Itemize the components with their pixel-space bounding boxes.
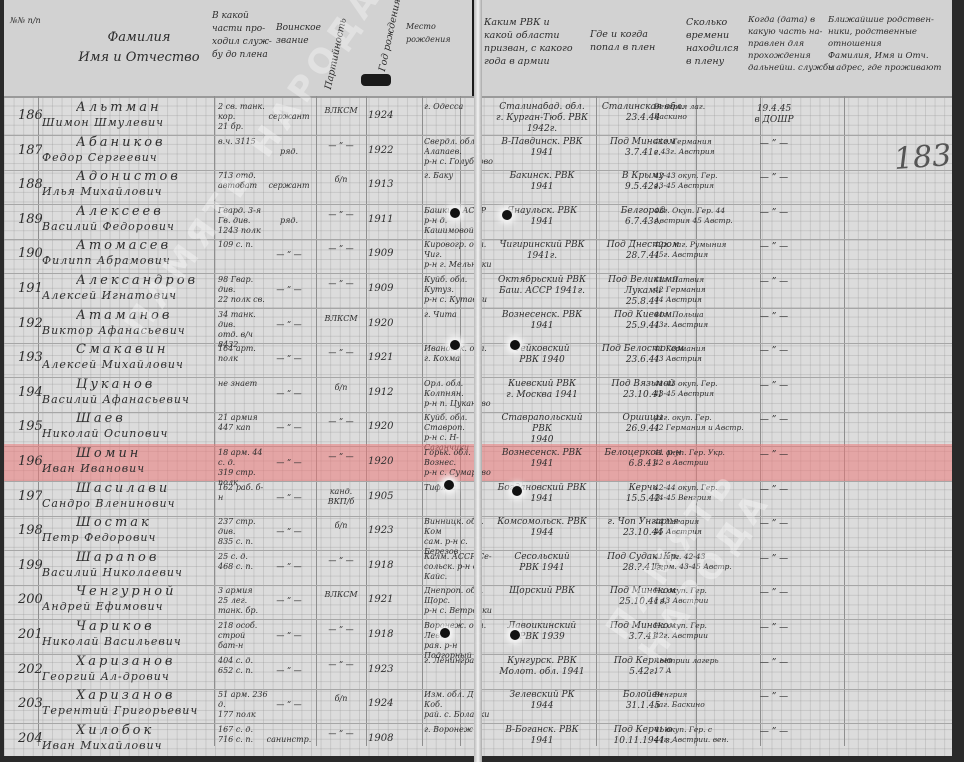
military-unit: 98 Гвар. див. 22 полк св. xyxy=(218,275,268,305)
military-unit: 164 арт. полк xyxy=(218,344,268,364)
row-number: 201 xyxy=(18,627,42,642)
rank: — ” — xyxy=(266,458,312,467)
row-number: 199 xyxy=(18,558,42,573)
captivity: Венгрия лаг. Васкино xyxy=(654,102,754,122)
header-captured: Где и когда попал в плен xyxy=(590,28,655,54)
military-unit: 3 армия 25 лег. танк. бр. xyxy=(218,586,268,616)
return-status: 19.4.45 в ДОШР xyxy=(744,104,804,126)
party: ВЛКСМ xyxy=(316,314,366,324)
return-status: — ” — xyxy=(744,208,804,219)
draft-office: Зелевский РК 1944 xyxy=(492,690,592,712)
surname: Харизанов xyxy=(76,688,226,703)
party: б/п xyxy=(316,175,366,185)
row-number: 198 xyxy=(18,523,42,538)
rank: — ” — xyxy=(266,631,312,640)
party: ВЛКСМ xyxy=(316,590,366,600)
birthplace: г. Чита xyxy=(424,310,494,320)
row-number: 190 xyxy=(18,246,42,261)
party: — ” — xyxy=(316,210,366,220)
military-unit: 51 арм. 236 д. 177 полк xyxy=(218,690,268,720)
party: — ” — xyxy=(316,279,366,289)
book-spine xyxy=(474,0,482,762)
rank: ряд. xyxy=(266,216,312,225)
military-unit: 404 с. д. 652 с. п. xyxy=(218,656,268,676)
birth-year: 1909 xyxy=(368,248,398,259)
party: ВЛКСМ xyxy=(316,106,366,116)
return-status: — ” — xyxy=(744,242,804,253)
rank: — ” — xyxy=(266,423,312,432)
captivity: 41-43 окуп. Гер. 43-45 Австрия xyxy=(654,379,754,399)
surname: Адонистов xyxy=(76,169,226,184)
military-unit: 21 армия 447 кап xyxy=(218,413,268,433)
punch-hole xyxy=(502,210,512,220)
draft-office: Ставрапольский РВК 1940 xyxy=(492,413,592,446)
birthplace: Днепроп. обл. Щорс. р-н с. Ветровки xyxy=(424,586,494,616)
rank: сержант xyxy=(266,181,312,190)
given-name: Алексей Игнатович xyxy=(42,289,212,302)
rank: — ” — xyxy=(266,285,312,294)
birth-year: 1921 xyxy=(368,594,398,605)
rank: санинстр. xyxy=(266,735,312,744)
surname: Шомин xyxy=(76,446,226,461)
row-number: 187 xyxy=(18,143,42,158)
birth-year: 1912 xyxy=(368,387,398,398)
birth-year: 1909 xyxy=(368,283,398,294)
party: — ” — xyxy=(316,244,366,254)
birthplace: Изм. обл. Д-Коб. рай. с. Боланки xyxy=(424,690,494,720)
header-returned: Когда (дата) в какую часть на- правлен д… xyxy=(748,14,835,74)
punch-hole xyxy=(450,340,460,350)
party: — ” — xyxy=(316,417,366,427)
return-status: — ” — xyxy=(744,727,804,738)
header-num: №№ п/п xyxy=(10,14,41,27)
birthplace: г. Баку xyxy=(424,171,494,181)
party: б/п xyxy=(316,383,366,393)
return-status: — ” — xyxy=(744,277,804,288)
row-number: 203 xyxy=(18,696,42,711)
birth-year: 1921 xyxy=(368,352,398,363)
punch-hole xyxy=(440,628,450,638)
birth-year: 1924 xyxy=(368,110,398,121)
punch-hole xyxy=(444,480,454,490)
birth-year: 1923 xyxy=(368,664,398,675)
draft-office: Богдановский РВК 1941 xyxy=(492,483,592,505)
military-unit: 109 с. п. xyxy=(218,240,268,250)
given-name: Георгий Ал-дрович xyxy=(42,670,212,683)
birth-year: 1913 xyxy=(368,179,398,190)
surname: Смакавин xyxy=(76,342,226,357)
punch-hole xyxy=(512,486,522,496)
party: — ” — xyxy=(316,141,366,151)
draft-office: Вознесенск. РВК 1941 xyxy=(492,310,592,332)
row-number: 189 xyxy=(18,212,42,227)
return-status: — ” — xyxy=(744,692,804,703)
draft-office: Тейковский РВК 1940 xyxy=(492,344,592,366)
surname: Харизанов xyxy=(76,654,226,669)
row-number: 204 xyxy=(18,731,42,746)
row-number: 197 xyxy=(18,489,42,504)
party: — ” — xyxy=(316,625,366,635)
birth-year: 1905 xyxy=(368,491,398,502)
birth-year: 1911 xyxy=(368,214,398,225)
rank: — ” — xyxy=(266,493,312,502)
punch-hole xyxy=(510,340,520,350)
birth-year: 1920 xyxy=(368,421,398,432)
party: — ” — xyxy=(316,348,366,358)
military-unit: не знает xyxy=(218,379,268,389)
given-name: Алексей Михайлович xyxy=(42,358,212,371)
return-status: — ” — xyxy=(744,658,804,669)
rank: — ” — xyxy=(266,320,312,329)
surname: Ченгурной xyxy=(76,584,226,599)
surname: Цуканов xyxy=(76,377,226,392)
captivity: Венгрия лаг. Баскино xyxy=(654,690,754,710)
draft-office: Сесольский РВК 1941 xyxy=(492,552,592,574)
military-unit: 25 с. д. 468 с. п. xyxy=(218,552,268,572)
captivity: 41 Германия 43 Австрия xyxy=(654,344,754,364)
surname: Чариков xyxy=(76,619,226,634)
given-name: Петр Федорович xyxy=(42,531,212,544)
header-birthplace: Место рождения xyxy=(406,20,451,46)
row-number: 200 xyxy=(18,592,42,607)
given-name: Андрей Ефимович xyxy=(42,600,212,613)
birth-year: 1920 xyxy=(368,456,398,467)
row-number: 194 xyxy=(18,385,42,400)
draft-office: Вознесенск. РВК 1941 xyxy=(492,448,592,470)
row-number: 202 xyxy=(18,662,42,677)
return-status: — ” — xyxy=(744,312,804,323)
draft-office: Октябрьский РВК Баш. АССР 1941г. xyxy=(492,275,592,297)
birth-year: 1920 xyxy=(368,318,398,329)
given-name: Николай Васильевич xyxy=(42,635,212,648)
military-unit: 162 раб. б-н xyxy=(218,483,268,503)
return-status: — ” — xyxy=(744,554,804,565)
birth-year: 1908 xyxy=(368,733,398,744)
draft-office: Чигиринский РВК 1941г. xyxy=(492,240,592,262)
captivity: 42-43 окуп. Гер. 43-45 Австрия xyxy=(654,171,754,191)
given-name: Василий Николаевич xyxy=(42,566,212,579)
given-name: Шимон Шмулевич xyxy=(42,116,212,129)
surname: Шасилави xyxy=(76,481,226,496)
draft-office: Бакинск. РВК 1941 xyxy=(492,171,592,193)
military-unit: 237 стр. див. 835 с. п. xyxy=(218,517,268,547)
captivity: 41г. Польша 43г. Австрия xyxy=(654,310,754,330)
rank: — ” — xyxy=(266,354,312,363)
surname: Хилобок xyxy=(76,723,226,738)
draft-office: Щорский РВК xyxy=(492,586,592,597)
given-name: Василий Афанасьевич xyxy=(42,393,212,406)
header-duration: Сколько времени находился в плену xyxy=(686,16,739,68)
return-status: — ” — xyxy=(744,588,804,599)
return-status: — ” — xyxy=(744,623,804,634)
birthplace: Орл. обл. Колпнян. р-н п. Цуканово xyxy=(424,379,494,409)
birthplace: Куйб. обл. Кутуз. р-н с. Кутавки xyxy=(424,275,494,305)
party: канд. ВКП/б xyxy=(316,487,366,507)
birth-year: 1918 xyxy=(368,629,398,640)
draft-office: Сталинабад. обл. г. Курган-Тюб. РВК 1942… xyxy=(492,102,592,135)
birthplace: Калм. АССР Се- сольск. р-н с. Кайс. xyxy=(424,552,494,582)
birthplace: Кировогр. обл. Чиг. р-н г. Мельники xyxy=(424,240,494,270)
birth-year: 1918 xyxy=(368,560,398,571)
row-number: 192 xyxy=(18,316,42,331)
row-number: 195 xyxy=(18,419,42,434)
rank: — ” — xyxy=(266,527,312,536)
birth-year: 1922 xyxy=(368,145,398,156)
header-name: Фамилия Имя и Отчество xyxy=(64,28,214,68)
surname: Шарапов xyxy=(76,550,226,565)
party: б/п xyxy=(316,694,366,704)
row-number: 188 xyxy=(18,177,42,192)
rank: — ” — xyxy=(266,700,312,709)
surname: Шостак xyxy=(76,515,226,530)
captivity: 41 окуп. Гер. с 44г. Австрии. вен. xyxy=(654,725,754,745)
header-draft: Каким РВК и какой области призван, с как… xyxy=(484,16,573,68)
military-unit: 218 особ. строй бат-н xyxy=(218,621,268,651)
punch-hole xyxy=(450,208,460,218)
rank: — ” — xyxy=(266,596,312,605)
draft-office: Комсомольск. РВК 1944 xyxy=(492,517,592,539)
party: — ” — xyxy=(316,452,366,462)
rank: — ” — xyxy=(266,250,312,259)
row-number: 196 xyxy=(18,454,42,469)
given-name: Федор Сергеевич xyxy=(42,151,212,164)
return-status: — ” — xyxy=(744,139,804,150)
given-name: Иван Михайлович xyxy=(42,739,212,752)
captivity: 41г. Германия с 43г. Австрия xyxy=(654,137,754,157)
rank: — ” — xyxy=(266,562,312,571)
header-relatives: Ближайшие родствен- ники, родственные от… xyxy=(828,14,941,74)
return-status: — ” — xyxy=(744,173,804,184)
birthplace: г. Воронеж xyxy=(424,725,494,735)
captivity: 43г. Окуп. Гер. 44 Австрия 45 Австр. xyxy=(654,206,754,226)
birth-year: 1924 xyxy=(368,698,398,709)
given-name: Сандро Вленинович xyxy=(42,497,212,510)
party: — ” — xyxy=(316,660,366,670)
party: — ” — xyxy=(316,729,366,739)
birthplace: Тифлис xyxy=(424,483,494,493)
row-number: 193 xyxy=(18,350,42,365)
header-unit: В какой части про- ходил служ- бу до пле… xyxy=(212,10,272,62)
given-name: Терентий Григорьевич xyxy=(42,704,212,717)
page-number: 183 xyxy=(893,138,952,177)
given-name: Илья Михайлович xyxy=(42,185,212,198)
ink-stain xyxy=(361,74,391,86)
draft-office: В-Боганск. РВК 1941 xyxy=(492,725,592,747)
party: — ” — xyxy=(316,556,366,566)
given-name: Николай Осипович xyxy=(42,427,212,440)
rank: — ” — xyxy=(266,389,312,398)
birthplace: г. Одесса xyxy=(424,102,494,112)
birth-year: 1923 xyxy=(368,525,398,536)
row-number: 191 xyxy=(18,281,42,296)
rank: — ” — xyxy=(266,666,312,675)
birthplace: г. Ленинград xyxy=(424,656,494,666)
captivity: 41г. Латвия 42 Германия 44 Австрия xyxy=(654,275,754,305)
draft-office: В-Павдинск. РВК 1941 xyxy=(492,137,592,159)
birthplace: Горьк. обл. Вознес. р-н с. Сумарово xyxy=(424,448,494,478)
draft-office: Киевский РВК г. Москва 1941 xyxy=(492,379,592,401)
surname: Шаев xyxy=(76,411,226,426)
military-unit: 167 с. д. 716 с. п. xyxy=(218,725,268,745)
surname: Абаников xyxy=(76,135,226,150)
given-name: Иван Иванович xyxy=(42,462,212,475)
party: б/п xyxy=(316,521,366,531)
draft-office: Кунгурск. РВК Молот. обл. 1941 xyxy=(492,656,592,678)
punch-hole xyxy=(510,630,520,640)
birthplace: Свердл. обл. Алапаев. р-н с. Голубково xyxy=(424,137,494,167)
draft-office: Лавоикинский РВК 1939 xyxy=(492,621,592,643)
row-number: 186 xyxy=(18,108,42,123)
surname: Альтман xyxy=(76,100,226,115)
captivity: 42г. лаг. Румыния 45г. Австрия xyxy=(654,240,754,260)
